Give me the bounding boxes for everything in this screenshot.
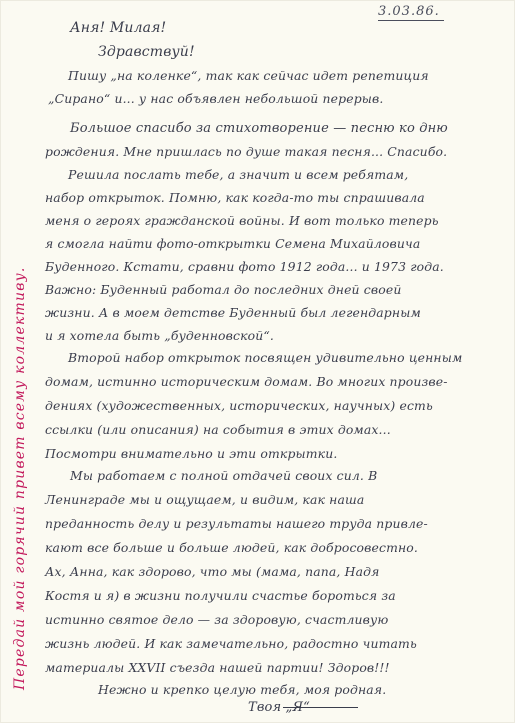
letter-line: рождения. Мне пришлась по душе такая пес… (45, 144, 447, 159)
letter-line: жизни. А в моем детстве Буденный был лег… (45, 305, 421, 320)
letter-line: Ах, Анна, как здорово, что мы (мама, пап… (45, 564, 379, 579)
letter-line: Ленинграде мы и ощущаем, и видим, как на… (45, 492, 364, 507)
letter-line: Буденного. Кстати, сравни фото 1912 года… (45, 259, 444, 274)
letter-line: Большое спасибо за стихотворение — песню… (70, 121, 448, 136)
letter-line: Второй набор открыток посвящен удивитель… (68, 350, 462, 365)
letter-line: домам, истинно историческим домам. Во мн… (45, 374, 448, 389)
margin-note: Передай мой горячий привет всему коллект… (12, 266, 28, 690)
letter-date: 3.03.86. (378, 4, 444, 21)
letter-line: Мы работаем с полной отдачей своих сил. … (70, 468, 377, 483)
letter-line: преданность делу и результаты нашего тру… (45, 516, 428, 531)
letter-line: жизнь людей. И как замечательно, радостн… (45, 636, 417, 651)
letter-line: Костя и я) в жизни получили счастье боро… (45, 588, 396, 603)
letter-line: Решила послать тебе, а значит и всем реб… (68, 167, 408, 182)
letter-line: Пишу „на коленке“, так как сейчас идет р… (68, 68, 429, 83)
letter-line: „Сирано“ и... у нас объявлен небольшой п… (48, 91, 383, 106)
closing-line: Нежно и крепко целую тебя, моя родная. (98, 682, 386, 697)
letter-line: материалы XXVII съезда нашей партии! Здо… (45, 660, 390, 675)
letter-line: и я хотела быть „буденновской“. (45, 328, 274, 343)
greeting-line-2: Здравствуй! (98, 44, 195, 60)
letter-line: Посмотри внимательно и эти открытки. (45, 446, 337, 461)
letter-line: истинно святое дело — за здоровую, счаст… (45, 612, 388, 627)
letter-line: ссылки (или описания) на события в этих … (45, 422, 391, 437)
letter-line: кают все больше и больше людей, как добр… (45, 540, 418, 555)
letter-line: я смогла найти фото-открытки Семена Миха… (45, 236, 420, 251)
signature-underline (283, 707, 358, 708)
letter-line: Важно: Буденный работал до последних дне… (45, 282, 401, 297)
letter-line: набор открыток. Помню, как когда-то ты с… (45, 190, 425, 205)
letter-line: меня о героях гражданской войны. И вот т… (45, 213, 439, 228)
letter-line: дениях (художественных, исторических, на… (45, 398, 433, 413)
letter-page: 3.03.86. Аня! Милая! Здравствуй! Пишу „н… (0, 0, 515, 723)
greeting-line-1: Аня! Милая! (70, 20, 166, 36)
